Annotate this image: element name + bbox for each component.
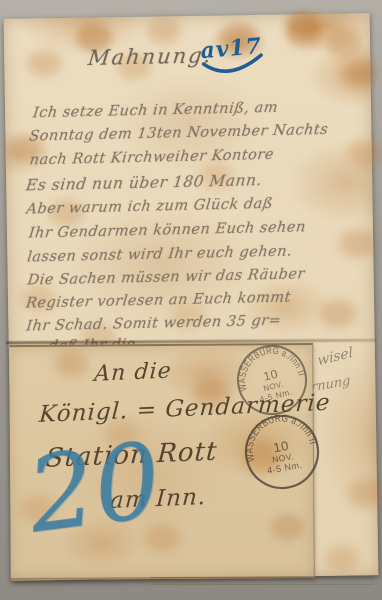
letter-body-line: Ihr Gendarmen können Euch sehen <box>28 219 307 241</box>
sheet-edge-lines <box>150 577 374 585</box>
letter-body-line: nach Rott Kirchweiher Kontore <box>29 147 275 169</box>
letter-body-line: Ich setze Euch in Kenntniß, am <box>32 100 279 122</box>
photo-of-letter-and-envelope: Mahnung. av17 Ich setze Euch in Kenntniß… <box>0 0 382 600</box>
registry-underline <box>199 52 271 84</box>
letter-body-line: Aber warum ich zum Glück daß <box>26 196 274 218</box>
letter-body-line: Es sind nun über 180 Mann. <box>25 171 263 194</box>
envelope-address-line: An die <box>93 359 172 387</box>
letter-body-line: Sonntag dem 13ten November Nachts <box>28 122 329 145</box>
letter-body-line: Die Sachen müssen wir das Räuber <box>27 266 306 288</box>
letter-body-line: lassen sonst wird Ihr euch gehen. <box>26 243 293 265</box>
postage-due-mark: 20 <box>22 430 166 545</box>
letter-title: Mahnung. <box>87 43 214 70</box>
registry-mark: av17 <box>199 32 273 84</box>
postmark-bottom: WASSERBURG a./Inn II 10 NOV. 4-5 Nm. <box>236 406 329 499</box>
letter-body-line: Register vorlesen an Euch kommt <box>25 289 292 311</box>
letter-body-line: Ihr Schad. Somit werden 35 gr= <box>25 313 282 335</box>
